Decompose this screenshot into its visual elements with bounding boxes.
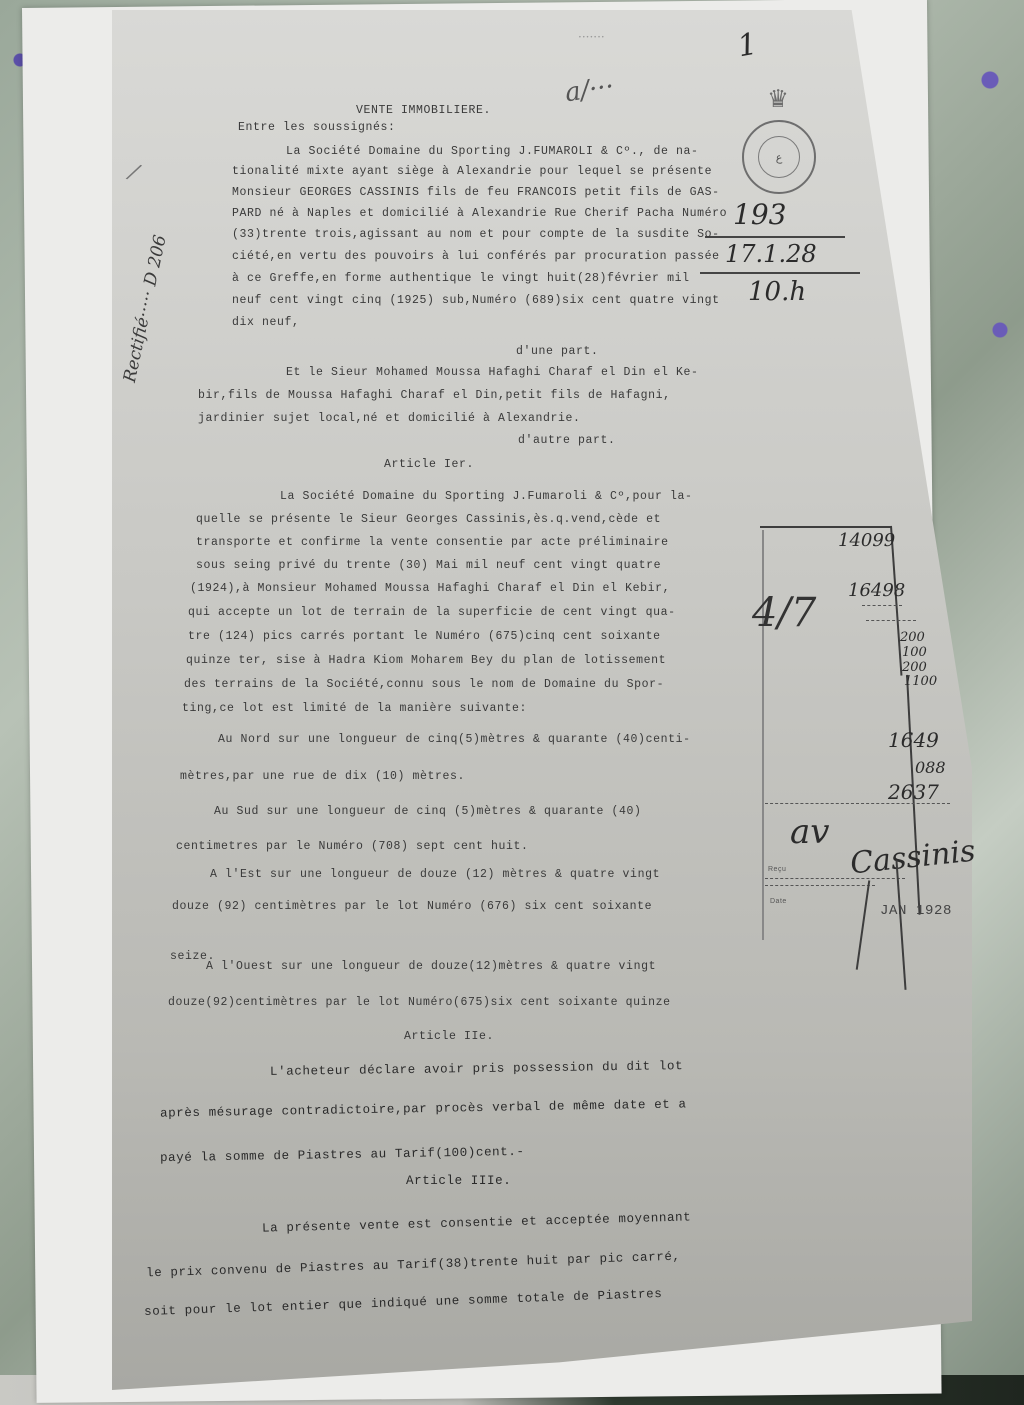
article-1-line: La Société Domaine du Sporting J.Fumarol… (280, 490, 693, 503)
article-1-line: tre (124) pics carrés portant le Numéro … (188, 630, 661, 643)
receipt-number-top: 14099 (838, 530, 895, 551)
buyer-line: Et le Sieur Mohamed Moussa Hafaghi Chara… (286, 366, 699, 379)
receipt-number-second: 16498 (848, 580, 905, 601)
article-1-line: A l'Est sur une longueur de douze (12) m… (210, 868, 660, 881)
registration-number: 193 (733, 198, 786, 231)
fee-value: 200 (902, 660, 927, 675)
article-1-line: qui accepte un lot de terrain de la supe… (188, 606, 676, 619)
fee-value: 100 (902, 645, 927, 660)
article-1-line: quelle se présente le Sieur Georges Cass… (196, 513, 661, 526)
article-1-line: ting,ce lot est limité de la manière sui… (182, 702, 527, 715)
recu-label: Reçu (768, 866, 786, 873)
total-value: 1649 (888, 728, 939, 752)
fee-value: 200 (900, 630, 925, 645)
date-label: Date (770, 898, 787, 905)
date-stamp: JAN 1928 (880, 903, 952, 919)
article-1-line: quinze ter, sise à Hadra Kiom Moharem Be… (186, 654, 666, 667)
check-initials: av (790, 812, 829, 852)
article-1-line: douze(92)centimètres par le lot Numéro(6… (168, 996, 671, 1009)
article-1-line: transporte et confirme la vente consenti… (196, 536, 669, 549)
seal-center: ع (758, 136, 800, 178)
intro-line: Monsieur GEORGES CASSINIS fils de feu FR… (232, 186, 720, 199)
total-value: 2637 (888, 780, 939, 804)
article-3-heading: Article IIIe. (406, 1174, 511, 1188)
intro-line: La Société Domaine du Sporting J.FUMAROL… (286, 145, 699, 158)
article-1-heading: Article Ier. (384, 458, 474, 471)
intro-line: ciété,en vertu des pouvoirs à lui confér… (232, 250, 720, 263)
document-title: VENTE IMMOBILIERE. (356, 104, 491, 117)
intro-line: à ce Greffe,en forme authentique le ving… (232, 272, 690, 285)
article-1-line: Au Sud sur une longueur de cinq (5)mètre… (214, 805, 642, 818)
article-1-line: douze (92) centimètres par le lot Numéro… (172, 900, 652, 913)
parties-intro: Entre les soussignés: (238, 121, 396, 134)
receipt-initials: 4/7 (752, 590, 816, 636)
receipt-row-line (866, 620, 916, 621)
registration-seal: ع (742, 120, 816, 194)
article-1-line: des terrains de la Société,connu sous le… (184, 678, 664, 691)
second-part-label: d'autre part. (518, 434, 616, 447)
intro-line: dix neuf, (232, 316, 300, 329)
receipt-box-edge (760, 526, 892, 528)
intro-line: tionalité mixte ayant siège à Alexandrie… (232, 165, 712, 178)
buyer-line: bir,fils de Moussa Hafaghi Charaf el Din… (198, 389, 671, 402)
fee-value: 1100 (904, 674, 937, 689)
intro-line: neuf cent vingt cinq (1925) sub,Numéro (… (232, 294, 720, 307)
first-part-label: d'une part. (516, 345, 599, 358)
receipt-row-line (765, 878, 905, 879)
article-1-line: centimetres par le Numéro (708) sept cen… (176, 840, 529, 853)
buyer-line: jardinier sujet local,né et domicilié à … (198, 412, 581, 425)
article-1-line: Au Nord sur une longueur de cinq(5)mètre… (218, 733, 691, 746)
stamp-divider (705, 236, 845, 238)
registration-time: 10.h (748, 277, 806, 307)
article-1-line: A l'Ouest sur une longueur de douze(12)m… (206, 960, 656, 973)
stamp-divider (700, 272, 860, 274)
intro-line: (33)trente trois,agissant au nom et pour… (232, 228, 720, 241)
article-2-heading: Article IIe. (404, 1030, 494, 1043)
article-1-line: sous seing privé du trente (30) Mai mil … (196, 559, 661, 572)
top-faint-text: ······· (578, 30, 605, 44)
article-1-line: (1924),à Monsieur Mohamed Moussa Hafaghi… (190, 582, 670, 595)
crown-icon: ♛ (760, 82, 796, 118)
article-1-line: mètres,par une rue de dix (10) mètres. (180, 770, 465, 783)
receipt-row-line (765, 885, 875, 886)
receipt-row-line (862, 605, 902, 606)
registration-date: 17.1.28 (725, 240, 817, 268)
intro-line: PARD né à Naples et domicilié à Alexandr… (232, 207, 727, 220)
total-value: 088 (915, 758, 946, 777)
